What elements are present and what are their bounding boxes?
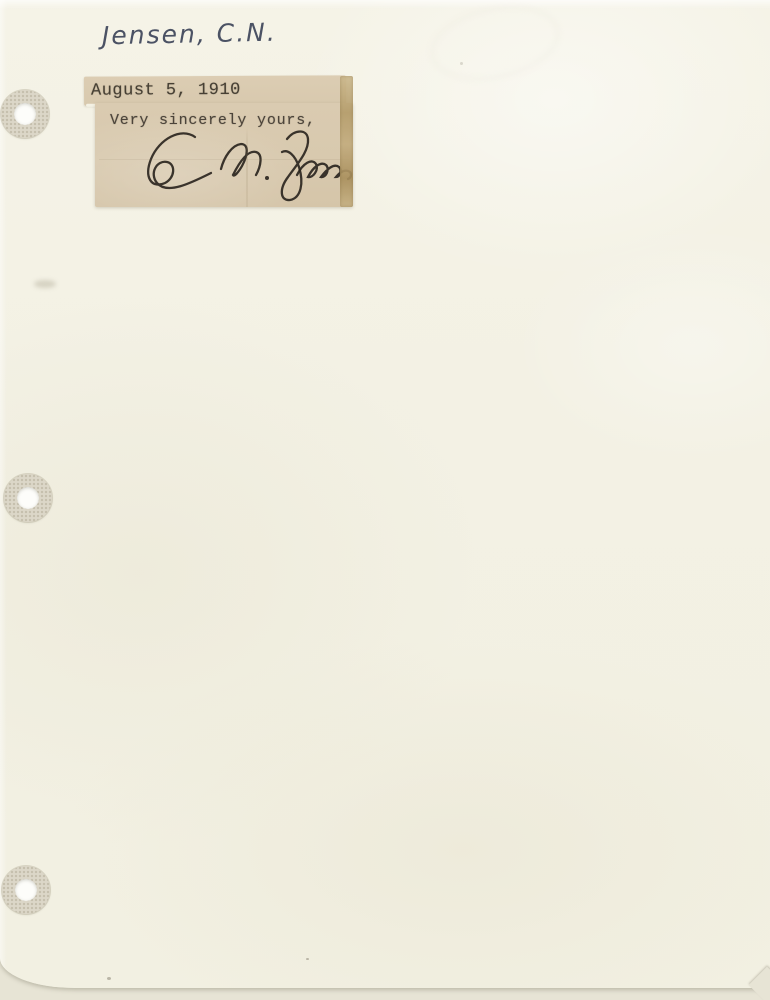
punch-hole-top xyxy=(1,90,49,138)
handwritten-name-text: Jensen, C.N. xyxy=(97,18,277,51)
clipping-date-strip: August 5, 1910 xyxy=(84,75,346,105)
punch-hole-opening xyxy=(15,879,37,901)
pasted-clipping: August 5, 1910 Very sincerely yours, C. … xyxy=(84,76,353,207)
fold-crease-horizontal xyxy=(99,159,349,160)
scanned-archive-page: Jensen, C.N. August 5, 1910 Very sincere… xyxy=(0,0,770,1000)
punch-hole-bottom xyxy=(2,866,50,914)
dust-speck xyxy=(306,958,309,960)
punch-hole-opening xyxy=(17,487,39,509)
signature-text: C. N. Jensen xyxy=(95,103,96,104)
typed-date: August 5, 1910 xyxy=(91,81,241,101)
dust-speck xyxy=(460,62,463,65)
signature xyxy=(95,117,353,207)
punch-hole-middle xyxy=(4,474,52,522)
paper-sheet: Jensen, C.N. August 5, 1910 Very sincere… xyxy=(0,0,770,988)
dust-speck xyxy=(107,977,111,980)
fold-crease-vertical xyxy=(246,127,248,207)
corner-cut xyxy=(749,967,770,1000)
smudge-mark xyxy=(34,280,56,288)
handwritten-name: Jensen, C.N. xyxy=(97,4,328,67)
clipping-body: Very sincerely yours, C. N. Jensen xyxy=(95,103,353,207)
paper-watermark xyxy=(424,0,566,91)
punch-hole-opening xyxy=(14,103,36,125)
tape-strip xyxy=(340,76,353,207)
